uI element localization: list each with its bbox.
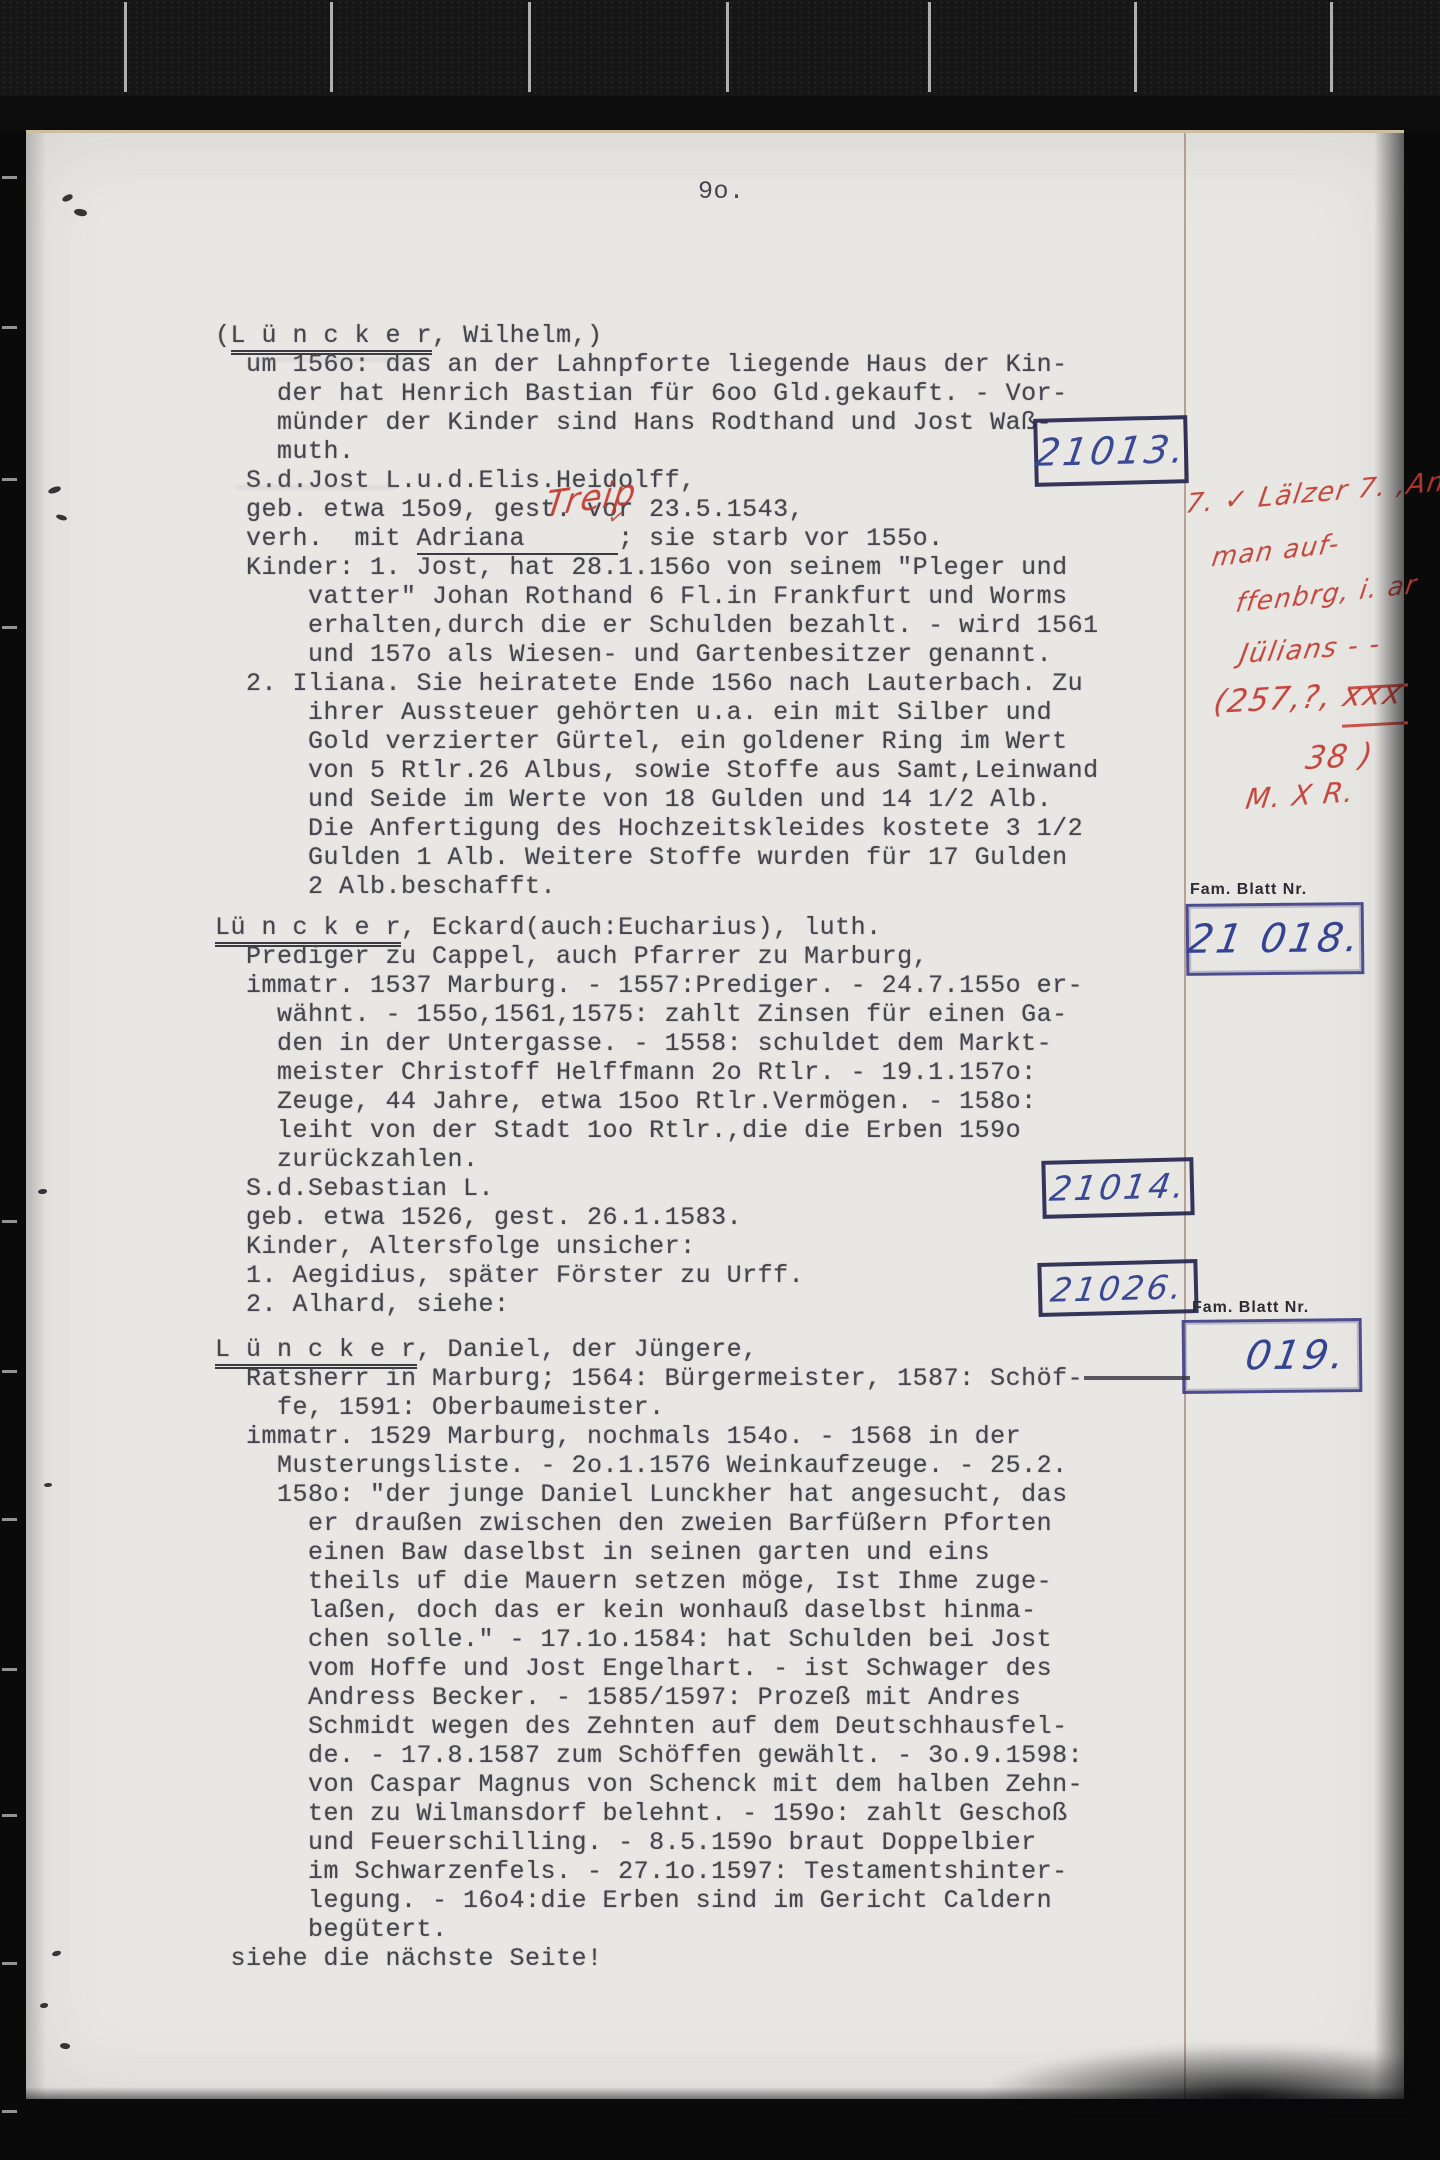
ink-speck: [73, 207, 87, 217]
film-frame-mark: [330, 2, 333, 92]
film-frame-mark: [928, 2, 931, 92]
typed-line: siehe die nächste Seite!: [215, 1944, 1083, 1973]
fam-blatt-label: Fam. Blatt Nr.: [1192, 1299, 1309, 1317]
film-edge-mark: [2, 626, 17, 629]
typed-line: Andress Becker. - 1585/1597: Prozeß mit …: [215, 1683, 1083, 1712]
document-page: 9o. (L ü n c k e r, Wilhelm,) um 156o: d…: [26, 130, 1404, 2099]
typed-line: ihrer Aussteuer gehörten u.a. ein mit Si…: [215, 698, 1099, 727]
typed-line: geb. etwa 1526, gest. 26.1.1583.: [215, 1203, 1083, 1232]
typed-line: legung. - 16o4:die Erben sind im Gericht…: [215, 1886, 1083, 1915]
typed-line: fe, 1591: Oberbaumeister.: [215, 1393, 1083, 1422]
ink-speck: [47, 485, 61, 494]
family-sheet-number: 21026.: [1048, 1267, 1187, 1309]
typed-line: um 156o: das an der Lahnpforte liegende …: [215, 350, 1099, 379]
film-edge-mark: [2, 1668, 17, 1671]
typed-line: Zeuge, 44 Jahre, etwa 15oo Rtlr.Vermögen…: [215, 1087, 1083, 1116]
typed-line: S.d.Jost L.u.d.Elis.Heidolff,: [215, 466, 1099, 495]
fam-blatt-stamp-box: 21 018.: [1186, 902, 1365, 976]
typed-line: Die Anfertigung des Hochzeitskleides kos…: [215, 814, 1099, 843]
typed-line: leiht von der Stadt 1oo Rtlr.,die die Er…: [215, 1116, 1083, 1145]
film-strip-top: [0, 0, 1440, 96]
paper-edge-shade: [26, 133, 46, 2099]
margin-note-red: Jülians - -: [1237, 629, 1383, 670]
typed-line: im Schwarzenfels. - 27.1o.1597: Testamen…: [215, 1857, 1083, 1886]
typed-line: S.d.Sebastian L.: [215, 1174, 1083, 1203]
typed-line: Ratsherr in Marburg; 1564: Bürgermeister…: [215, 1364, 1083, 1393]
section-daniel: L ü n c k e r, Daniel, der Jüngere, Rats…: [215, 1335, 1083, 1973]
family-sheet-number-box: 21014.: [1041, 1157, 1194, 1219]
film-frame-mark: [1330, 2, 1333, 92]
corner-smudge: [986, 2045, 1416, 2109]
typed-line: de. - 17.8.1587 zum Schöffen gewählt. - …: [215, 1741, 1083, 1770]
pencil-smudge: [236, 485, 396, 490]
margin-note-red: M. X R.: [1244, 775, 1357, 816]
margin-note-red: man auf-: [1210, 529, 1342, 573]
family-sheet-number-box: 21013.: [1033, 415, 1189, 487]
section-heading: L ü n c k e r, Daniel, der Jüngere,: [215, 1335, 1083, 1364]
ink-speck: [55, 513, 67, 521]
typed-line: laßen, doch das er kein wonhauß daselbst…: [215, 1596, 1083, 1625]
page-number: 9o.: [698, 177, 745, 206]
typed-line: begütert.: [215, 1915, 1083, 1944]
paper-edge-shadow: [1374, 133, 1404, 2099]
film-edge-mark: [2, 1814, 17, 1817]
family-sheet-number: 21013.: [1032, 427, 1190, 475]
film-edge-mark: [2, 1962, 17, 1965]
typed-line: zurückzahlen.: [215, 1145, 1083, 1174]
family-sheet-number-box: 21026.: [1037, 1259, 1198, 1317]
film-edge-mark: [2, 478, 17, 481]
typed-line: meister Christoff Helffmann 2o Rtlr. - 1…: [215, 1058, 1083, 1087]
typed-line: vom Hoffe und Jost Engelhart. - ist Schw…: [215, 1654, 1083, 1683]
typed-line: verh. mit Adriana ; sie starb vor 155o.: [215, 524, 1099, 553]
typed-line: immatr. 1529 Marburg, nochmals 154o. - 1…: [215, 1422, 1083, 1451]
film-edge-mark: [2, 1220, 17, 1223]
pencil-smudge: [256, 357, 406, 362]
typed-line: Gulden 1 Alb. Weitere Stoffe wurden für …: [215, 843, 1099, 872]
typed-line: Gold verzierter Gürtel, ein goldener Rin…: [215, 727, 1099, 756]
typed-line: und Seide im Werte von 18 Gulden und 14 …: [215, 785, 1099, 814]
typed-line: münder der Kinder sind Hans Rodthand und…: [215, 408, 1099, 437]
typed-line: 2. Iliana. Sie heiratete Ende 156o nach …: [215, 669, 1099, 698]
typed-line: theils uf die Mauern setzen möge, Ist Ih…: [215, 1567, 1083, 1596]
connector-dash: [1084, 1376, 1190, 1380]
typed-line: Kinder, Altersfolge unsicher:: [215, 1232, 1083, 1261]
typed-line: Musterungsliste. - 2o.1.1576 Weinkaufzeu…: [215, 1451, 1083, 1480]
typed-line: von Caspar Magnus von Schenck mit dem ha…: [215, 1770, 1083, 1799]
family-sheet-number: 019.: [1181, 1332, 1363, 1380]
underlined-blank: Adriana: [417, 524, 619, 555]
typed-line: 2. Alhard, siehe:: [215, 1290, 1083, 1319]
typed-line: Schmidt wegen des Zehnten auf dem Deutsc…: [215, 1712, 1083, 1741]
typed-line: immatr. 1537 Marburg. - 1557:Prediger. -…: [215, 971, 1083, 1000]
typed-line: er draußen zwischen den zweien Barfüßern…: [215, 1509, 1083, 1538]
film-frame-mark: [528, 2, 531, 92]
film-frame-mark: [726, 2, 729, 92]
typed-line: wähnt. - 155o,1561,1575: zahlt Zinsen fü…: [215, 1000, 1083, 1029]
fam-blatt-stamp-box: 019.: [1182, 1318, 1363, 1394]
margin-note-red: 38 ): [1303, 737, 1376, 777]
section-eckard: Lü n c k e r, Eckard(auch:Eucharius), lu…: [215, 913, 1083, 1319]
typed-line: ten zu Wilmansdorf belehnt. - 159o: zahl…: [215, 1799, 1083, 1828]
film-frame-mark: [1134, 2, 1137, 92]
typed-line: erhalten,durch die er Schulden bezahlt. …: [215, 611, 1099, 640]
family-sheet-number: 21014.: [1046, 1166, 1189, 1210]
film-edge-mark: [2, 1518, 17, 1521]
film-edge-mark: [2, 2110, 17, 2113]
ink-speck: [61, 193, 73, 202]
typed-line: und 157o als Wiesen- und Gartenbesitzer …: [215, 640, 1099, 669]
section-wilhelm: (L ü n c k e r, Wilhelm,) um 156o: das a…: [215, 321, 1099, 901]
typed-line: 2 Alb.beschafft.: [215, 872, 1099, 901]
family-sheet-number: 21 018.: [1184, 915, 1365, 963]
microfilm-scan: 9o. (L ü n c k e r, Wilhelm,) um 156o: d…: [0, 0, 1440, 2160]
typed-line: geb. etwa 15o9, gest. vor 23.5.1543,: [215, 495, 1099, 524]
film-edge-mark: [2, 326, 17, 329]
ink-speck: [59, 2042, 70, 2050]
typed-line: 158o: "der junge Daniel Lunckher hat ang…: [215, 1480, 1083, 1509]
typed-line: einen Baw daselbst in seinen garten und …: [215, 1538, 1083, 1567]
film-strip-band: [0, 96, 1440, 132]
typed-line: chen solle." - 17.1o.1584: hat Schulden …: [215, 1625, 1083, 1654]
typed-line: vatter" Johan Rothand 6 Fl.in Frankfurt …: [215, 582, 1099, 611]
typed-line: der hat Henrich Bastian für 6oo Gld.geka…: [215, 379, 1099, 408]
ink-speck: [40, 2003, 48, 2008]
film-edge-mark: [2, 176, 17, 179]
section-heading: Lü n c k e r, Eckard(auch:Eucharius), lu…: [215, 913, 1083, 942]
typed-line: muth.: [215, 437, 1099, 466]
typed-line: und Feuerschilling. - 8.5.159o braut Dop…: [215, 1828, 1083, 1857]
ink-speck: [44, 1483, 52, 1487]
section-heading: (L ü n c k e r, Wilhelm,): [215, 321, 1099, 350]
typed-line: den in der Untergasse. - 1558: schuldet …: [215, 1029, 1083, 1058]
film-edge-mark: [2, 1370, 17, 1373]
film-frame-mark: [124, 2, 127, 92]
ink-speck: [52, 1950, 62, 1956]
fam-blatt-label: Fam. Blatt Nr.: [1190, 881, 1307, 899]
typed-line: 1. Aegidius, später Förster zu Urff.: [215, 1261, 1083, 1290]
typed-line: Prediger zu Cappel, auch Pfarrer zu Marb…: [215, 942, 1083, 971]
typed-line: Kinder: 1. Jost, hat 28.1.156o von seine…: [215, 553, 1099, 582]
typed-line: von 5 Rtlr.26 Albus, sowie Stoffe aus Sa…: [215, 756, 1099, 785]
